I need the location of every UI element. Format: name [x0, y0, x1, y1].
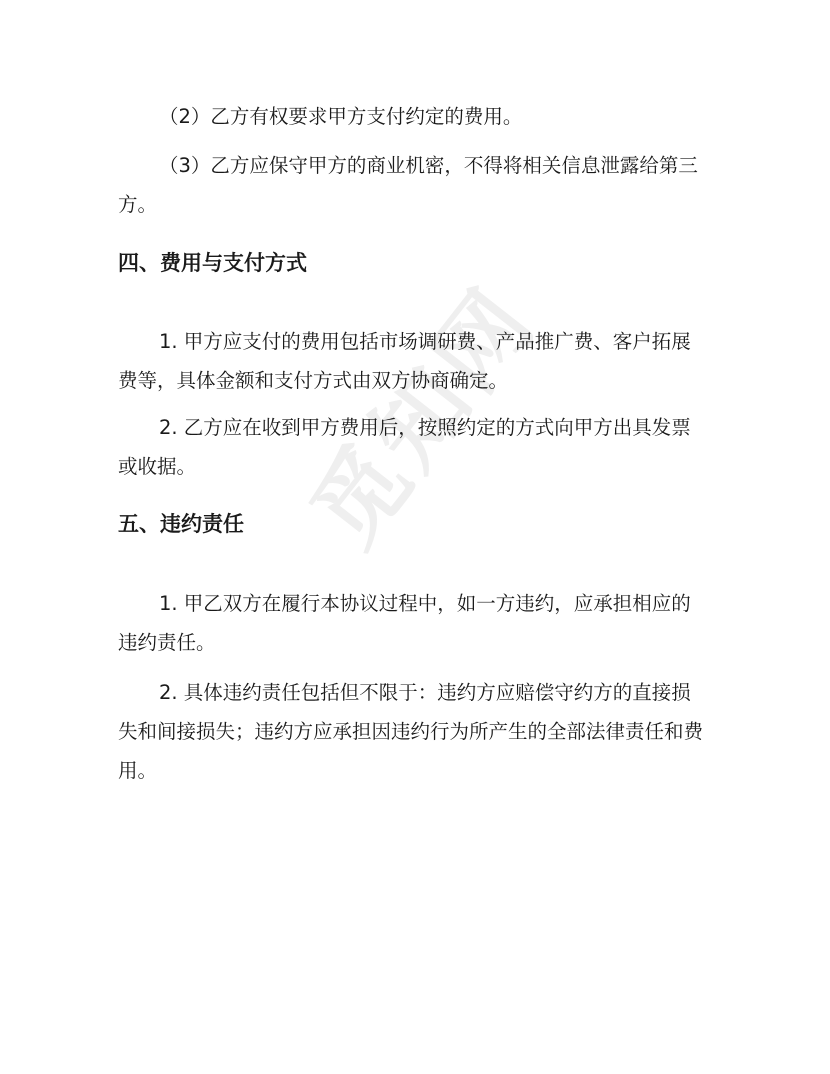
section-heading-fees: 四、费用与支付方式 — [118, 248, 307, 278]
paragraph-fees-1: 1. 甲方应支付的费用包括市场调研费、产品推广费、客户拓展费等，具体金额和支付方… — [118, 322, 703, 400]
section-heading-liability: 五、违约责任 — [118, 509, 244, 539]
paragraph-fees-2: 2. 乙方应在收到甲方费用后，按照约定的方式向甲方出具发票或收据。 — [118, 408, 703, 486]
paragraph-obligation-3: （3）乙方应保守甲方的商业机密，不得将相关信息泄露给第三方。 — [118, 146, 703, 224]
paragraph-liability-1: 1. 甲乙双方在履行本协议过程中，如一方违约，应承担相应的违约责任。 — [118, 584, 703, 662]
paragraph-obligation-2: （2）乙方有权要求甲方支付约定的费用。 — [118, 97, 703, 136]
paragraph-liability-2: 2. 具体违约责任包括但不限于：违约方应赔偿守约方的直接损失和间接损失；违约方应… — [118, 673, 703, 790]
